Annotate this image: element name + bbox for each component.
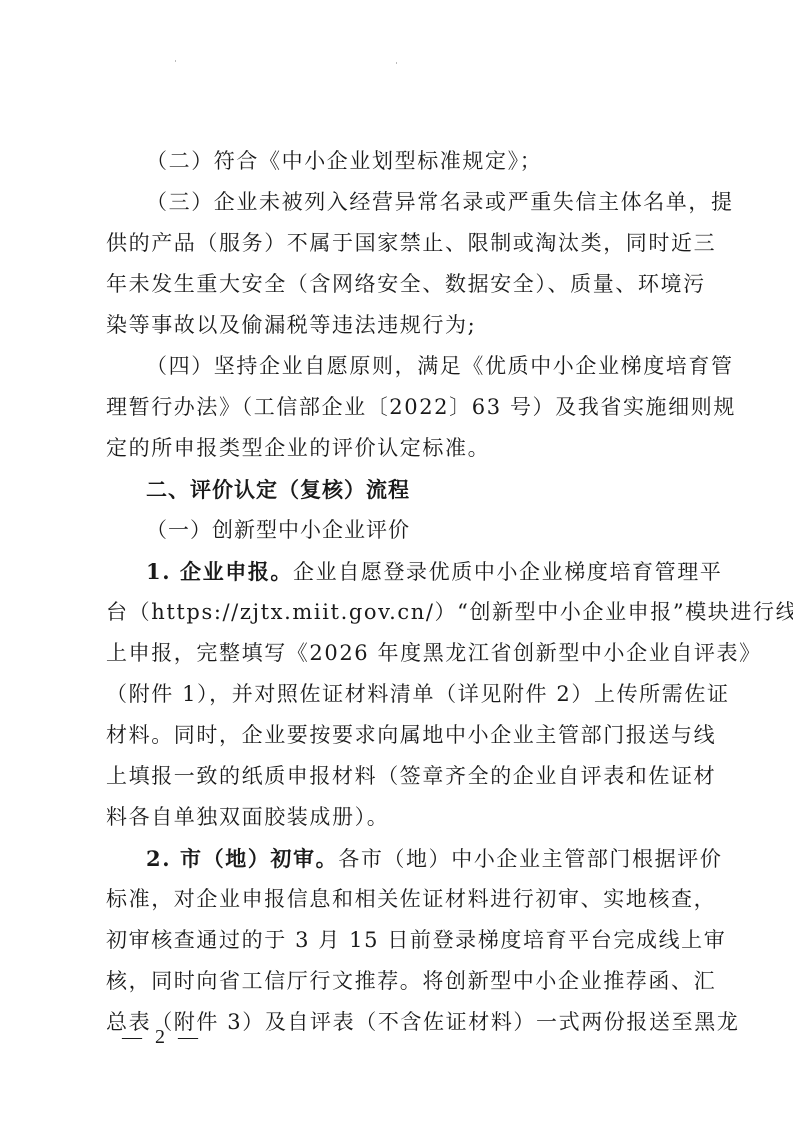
subsection-heading: （一）创新型中小企业评价 — [106, 510, 684, 551]
page-number: — 2 — — [122, 1026, 202, 1049]
step-2-text: 各市（地）中小企业主管部门根据评价 — [338, 847, 722, 871]
scan-speck — [175, 60, 176, 62]
paragraph-line: 材料。同时，企业要按要求向属地中小企业主管部门报送与线 — [106, 715, 684, 756]
paragraph-line: 理暂行办法》（工信部企业〔2022〕63 号）及我省实施细则规 — [106, 387, 684, 428]
paragraph-line-step-2: 2. 市（地）初审。各市（地）中小企业主管部门根据评价 — [106, 838, 684, 879]
step-1-text: 企业自愿登录优质中小企业梯度培育管理平 — [293, 560, 722, 584]
paragraph-line: 定的所申报类型企业的评价认定标准。 — [106, 428, 684, 469]
document-body: （二）符合《中小企业划型标准规定》； （三）企业未被列入经营异常名录或严重失信主… — [106, 141, 684, 1043]
paragraph-line: 标准，对企业申报信息和相关佐证材料进行初审、实地核查， — [106, 879, 684, 920]
paragraph-line: 上填报一致的纸质申报材料（签章齐全的企业自评表和佐证材 — [106, 756, 684, 797]
paragraph-line-criterion-3: （三）企业未被列入经营异常名录或严重失信主体名单，提 — [106, 182, 684, 223]
step-2-title: 2. 市（地）初审。 — [146, 846, 338, 871]
paragraph-line: 核，同时向省工信厅行文推荐。将创新型中小企业推荐函、汇 — [106, 961, 684, 1002]
paragraph-line-step-1: 1. 企业申报。企业自愿登录优质中小企业梯度培育管理平 — [106, 551, 684, 592]
paragraph-line: （附件 1），并对照佐证材料清单（详见附件 2）上传所需佐证 — [106, 674, 684, 715]
paragraph-line: 料各自单独双面胶装成册）。 — [106, 797, 684, 838]
paragraph-line-criterion-2: （二）符合《中小企业划型标准规定》； — [106, 141, 684, 182]
paragraph-line-criterion-4: （四）坚持企业自愿原则，满足《优质中小企业梯度培育管 — [106, 346, 684, 387]
paragraph-line: 年未发生重大安全（含网络安全、数据安全）、质量、环境污 — [106, 264, 684, 305]
step-1-title: 1. 企业申报。 — [146, 559, 293, 584]
paragraph-line: 初审核查通过的于 3 月 15 日前登录梯度培育平台完成线上审 — [106, 920, 684, 961]
section-heading: 二、评价认定（复核）流程 — [106, 469, 684, 510]
paragraph-line-platform-url: 台（https://zjtx.miit.gov.cn/）“创新型中小企业申报”模… — [106, 592, 684, 633]
paragraph-line: 染等事故以及偷漏税等违法违规行为; — [106, 305, 684, 346]
paragraph-line: 上申报，完整填写《2026 年度黑龙江省创新型中小企业自评表》 — [106, 633, 684, 674]
scan-speck — [396, 62, 397, 64]
paragraph-line: 供的产品（服务）不属于国家禁止、限制或淘汰类，同时近三 — [106, 223, 684, 264]
